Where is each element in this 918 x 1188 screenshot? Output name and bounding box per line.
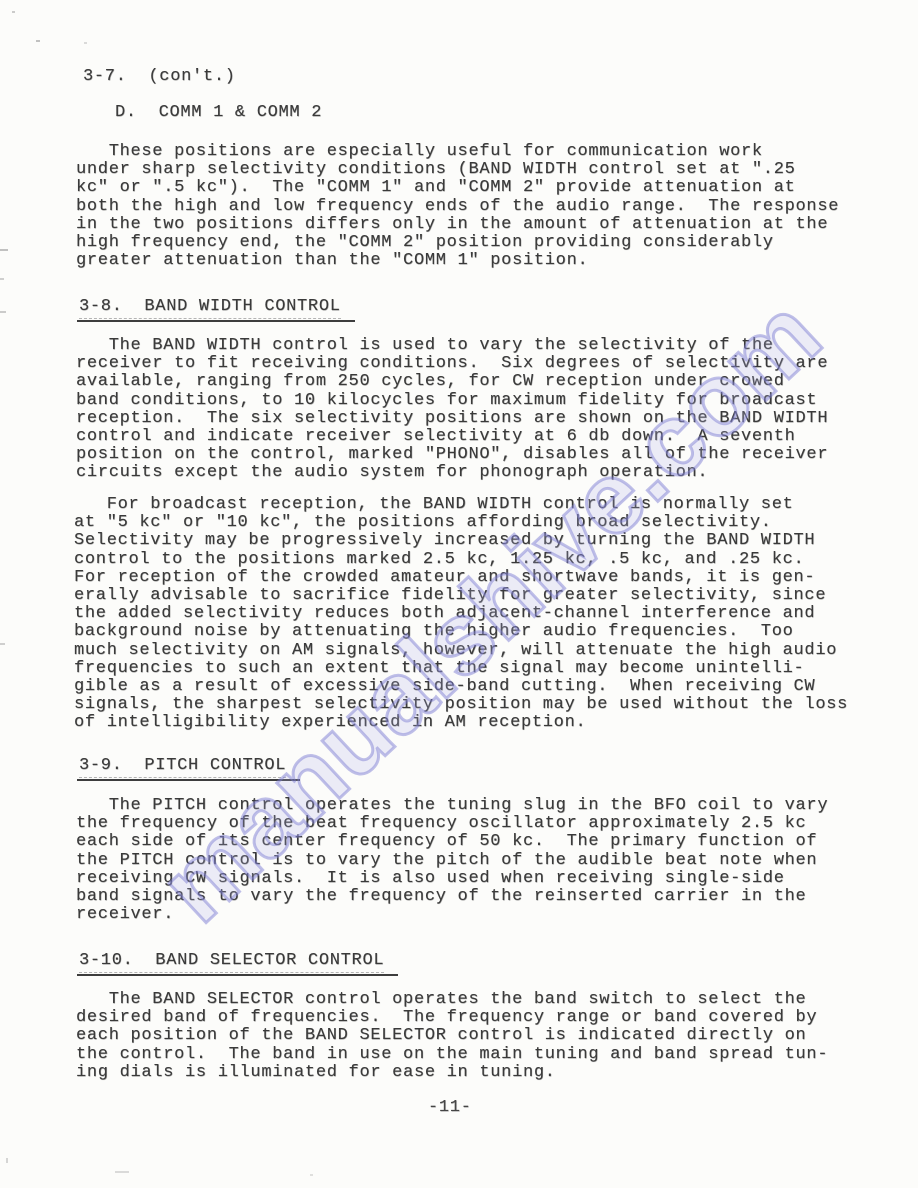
scan-edge-mark bbox=[0, 311, 6, 313]
document-page: 3-7. (con't.) D. COMM 1 & COMM 2 These p… bbox=[0, 0, 918, 1188]
scan-edge-mark bbox=[0, 249, 8, 251]
scan-speck bbox=[12, 11, 15, 13]
scan-speck bbox=[115, 1171, 129, 1173]
scan-speck bbox=[36, 40, 40, 42]
section-heading-band-selector-control: 3-10. BAND SELECTOR CONTROL bbox=[77, 952, 398, 976]
paragraph-band-width-2: For broadcast reception, the BAND WIDTH … bbox=[74, 496, 848, 733]
section-heading-pitch-control: 3-9. PITCH CONTROL bbox=[77, 757, 300, 781]
scan-edge-mark bbox=[0, 278, 4, 280]
section-continuation-heading: 3-7. (con't.) bbox=[83, 68, 236, 86]
paragraph-band-width-1: The BAND WIDTH control is used to vary t… bbox=[76, 337, 828, 483]
paragraph-pitch-control: The PITCH control operates the tuning sl… bbox=[76, 797, 828, 924]
paragraph-band-selector-control: The BAND SELECTOR control operates the b… bbox=[76, 991, 828, 1082]
scan-speck bbox=[310, 1174, 313, 1176]
section-heading-band-width-control: 3-8. BAND WIDTH CONTROL bbox=[77, 298, 355, 322]
scan-speck bbox=[6, 1158, 8, 1163]
paragraph-comm-positions: These positions are especially useful fo… bbox=[76, 143, 839, 270]
scan-edge-mark bbox=[0, 643, 5, 645]
subsection-heading-comm: D. COMM 1 & COMM 2 bbox=[115, 104, 322, 122]
scan-speck bbox=[84, 42, 87, 44]
page-number: -11- bbox=[428, 1098, 472, 1117]
